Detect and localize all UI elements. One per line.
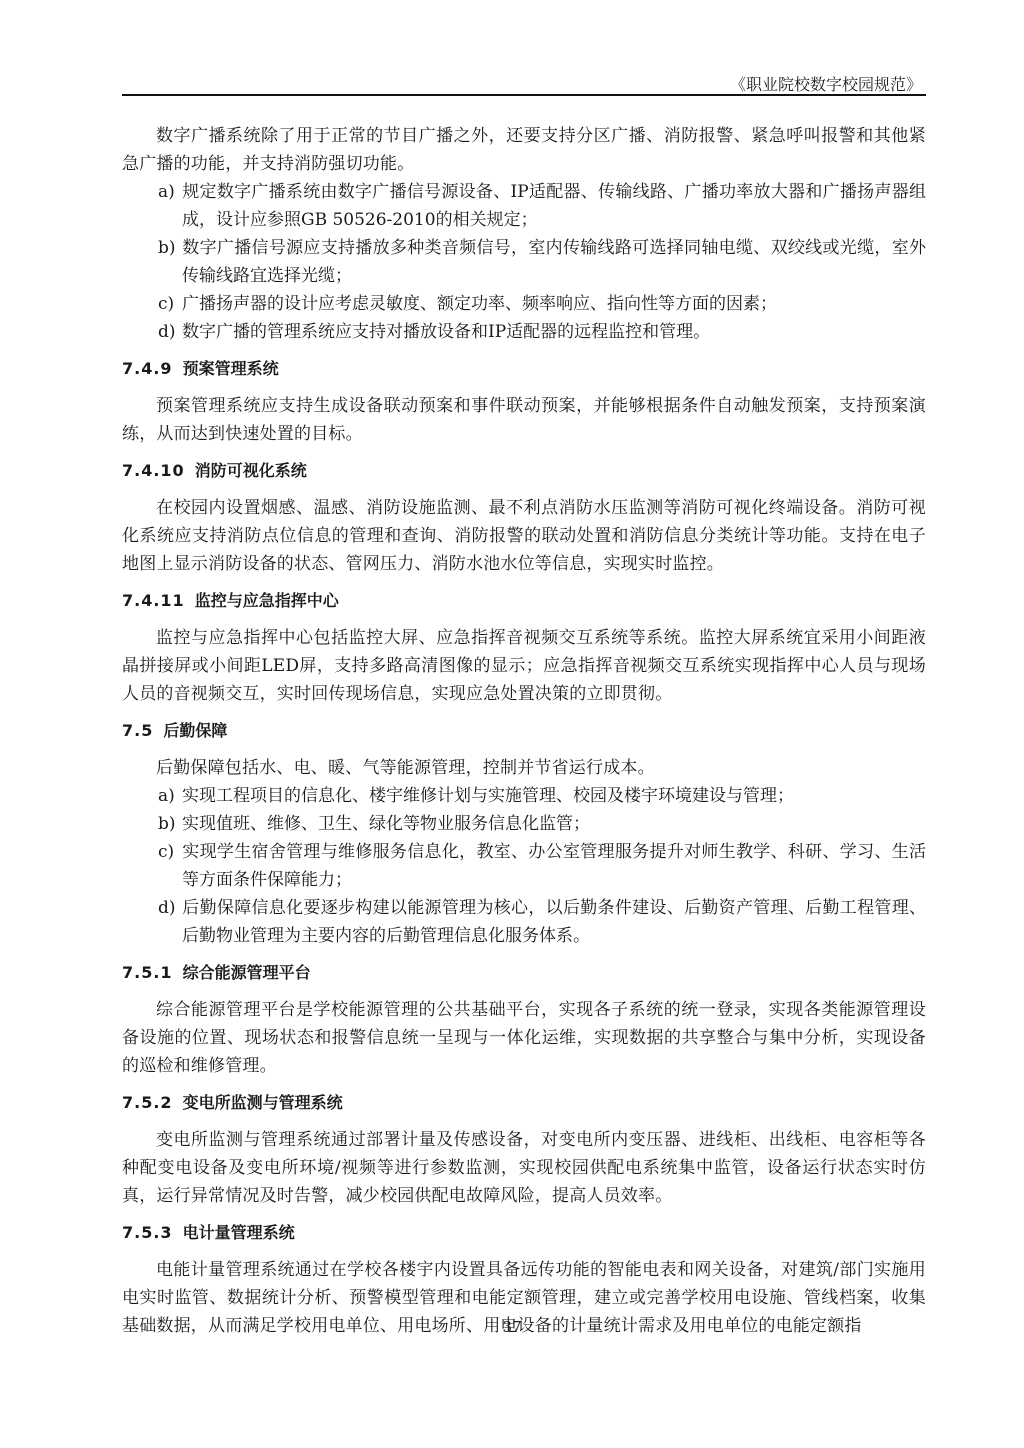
section-heading-7-4-10: 7.4.10消防可视化系统 xyxy=(122,458,926,484)
list-item: a)规定数字广播系统由数字广播信号源设备、IP适配器、传输线路、广播功率放大器和… xyxy=(122,178,926,234)
paragraph: 综合能源管理平台是学校能源管理的公共基础平台，实现各子系统的统一登录，实现各类能… xyxy=(122,996,926,1080)
list-label: c) xyxy=(158,838,182,866)
section-number: 7.5.2 xyxy=(122,1093,173,1112)
list-item: d)后勤保障信息化要逐步构建以能源管理为核心，以后勤条件建设、后勤资产管理、后勤… xyxy=(122,894,926,950)
section-title: 消防可视化系统 xyxy=(195,461,307,480)
paragraph: 变电所监测与管理系统通过部署计量及传感设备，对变电所内变压器、进线柜、出线柜、电… xyxy=(122,1126,926,1210)
running-header-title: 《职业院校数字校园规范》 xyxy=(730,72,922,95)
section-heading-7-5-2: 7.5.2变电所监测与管理系统 xyxy=(122,1090,926,1116)
list-item: b)数字广播信号源应支持播放多种类音频信号，室内传输线路可选择同轴电缆、双绞线或… xyxy=(122,234,926,290)
list-item: a)实现工程项目的信息化、楼宇维修计划与实施管理、校园及楼宇环境建设与管理； xyxy=(122,782,926,810)
list-label: c) xyxy=(158,290,182,318)
list-item: c)广播扬声器的设计应考虑灵敏度、额定功率、频率响应、指向性等方面的因素； xyxy=(122,290,926,318)
section-number: 7.4.11 xyxy=(122,591,185,610)
list-text: 后勤保障信息化要逐步构建以能源管理为核心，以后勤条件建设、后勤资产管理、后勤工程… xyxy=(182,898,926,946)
header-rule xyxy=(122,94,926,96)
list-label: a) xyxy=(158,178,182,206)
list-item: c)实现学生宿舍管理与维修服务信息化，教室、办公室管理服务提升对师生教学、科研、… xyxy=(122,838,926,894)
section-number: 7.5.1 xyxy=(122,963,173,982)
section-heading-7-5-1: 7.5.1综合能源管理平台 xyxy=(122,960,926,986)
list-text: 实现工程项目的信息化、楼宇维修计划与实施管理、校园及楼宇环境建设与管理； xyxy=(182,786,794,806)
list-label: d) xyxy=(158,318,182,346)
section-title: 综合能源管理平台 xyxy=(183,963,311,982)
list-item: d)数字广播的管理系统应支持对播放设备和IP适配器的远程监控和管理。 xyxy=(122,318,926,346)
list-text: 广播扬声器的设计应考虑灵敏度、额定功率、频率响应、指向性等方面的因素； xyxy=(182,294,777,314)
list-text: 实现值班、维修、卫生、绿化等物业服务信息化监管； xyxy=(182,814,590,834)
list-label: a) xyxy=(158,782,182,810)
list-item: b)实现值班、维修、卫生、绿化等物业服务信息化监管； xyxy=(122,810,926,838)
list-text: 数字广播信号源应支持播放多种类音频信号，室内传输线路可选择同轴电缆、双绞线或光缆… xyxy=(182,238,926,286)
paragraph: 在校园内设置烟感、温感、消防设施监测、最不利点消防水压监测等消防可视化终端设备。… xyxy=(122,494,926,578)
section-title: 电计量管理系统 xyxy=(183,1223,295,1242)
paragraph: 监控与应急指挥中心包括监控大屏、应急指挥音视频交互系统等系统。监控大屏系统宜采用… xyxy=(122,624,926,708)
section-title: 变电所监测与管理系统 xyxy=(183,1093,343,1112)
list-label: b) xyxy=(158,234,182,262)
paragraph: 预案管理系统应支持生成设备联动预案和事件联动预案，并能够根据条件自动触发预案，支… xyxy=(122,392,926,448)
paragraph: 后勤保障包括水、电、暖、气等能源管理，控制并节省运行成本。 xyxy=(122,754,926,782)
section-heading-7-5-3: 7.5.3电计量管理系统 xyxy=(122,1220,926,1246)
section-number: 7.5 xyxy=(122,721,153,740)
page-number: 37 xyxy=(0,1318,1024,1336)
section-heading-7-5: 7.5后勤保障 xyxy=(122,718,926,744)
section-title: 预案管理系统 xyxy=(183,359,279,378)
list-text: 数字广播的管理系统应支持对播放设备和IP适配器的远程监控和管理。 xyxy=(182,322,710,342)
list-label: b) xyxy=(158,810,182,838)
section-number: 7.5.3 xyxy=(122,1223,173,1242)
list-label: d) xyxy=(158,894,182,922)
section-title: 监控与应急指挥中心 xyxy=(195,591,339,610)
section-title: 后勤保障 xyxy=(163,721,227,740)
section-number: 7.4.9 xyxy=(122,359,173,378)
section-number: 7.4.10 xyxy=(122,461,185,480)
section-heading-7-4-11: 7.4.11监控与应急指挥中心 xyxy=(122,588,926,614)
page-body: 数字广播系统除了用于正常的节目广播之外，还要支持分区广播、消防报警、紧急呼叫报警… xyxy=(122,122,926,1340)
list-text: 规定数字广播系统由数字广播信号源设备、IP适配器、传输线路、广播功率放大器和广播… xyxy=(182,182,926,230)
list-text: 实现学生宿舍管理与维修服务信息化，教室、办公室管理服务提升对师生教学、科研、学习… xyxy=(182,842,926,890)
paragraph: 数字广播系统除了用于正常的节目广播之外，还要支持分区广播、消防报警、紧急呼叫报警… xyxy=(122,122,926,178)
section-heading-7-4-9: 7.4.9预案管理系统 xyxy=(122,356,926,382)
